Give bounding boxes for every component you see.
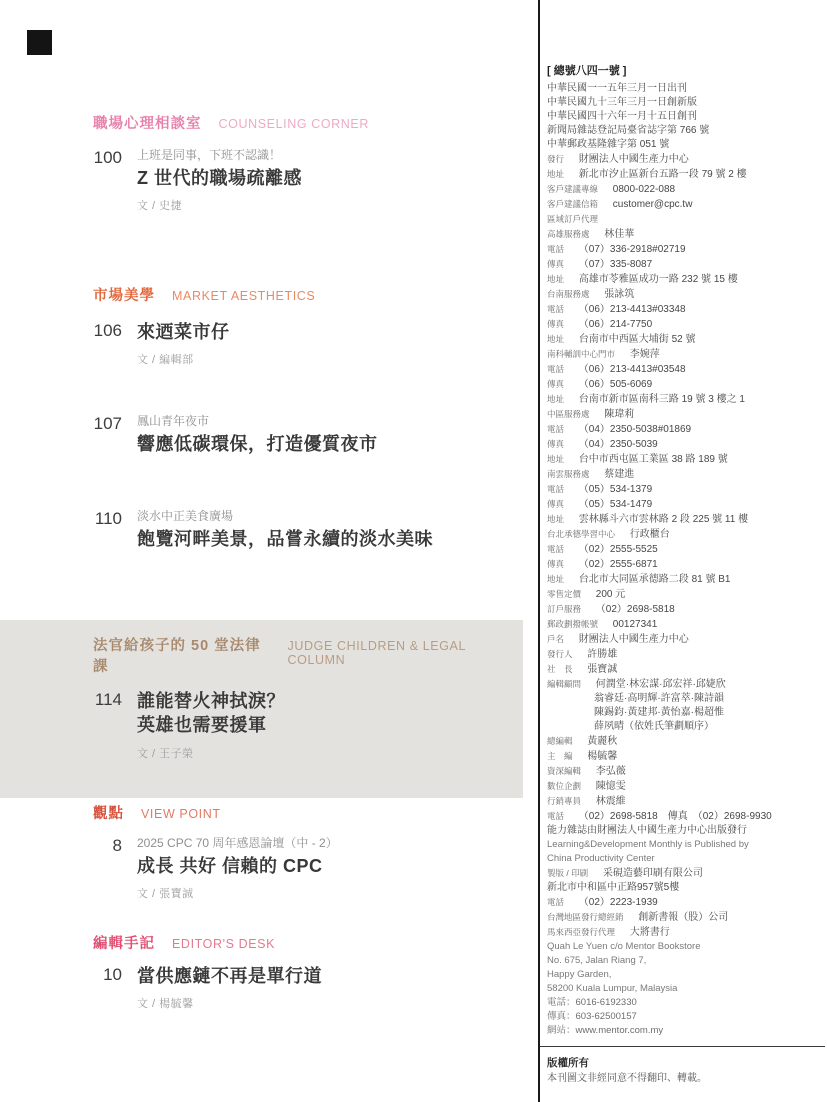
entry-kicker: 鳳山青年夜市 bbox=[137, 413, 378, 430]
colophon-line: 58200 Kuala Lumpur, Malaysia bbox=[547, 982, 815, 996]
entry-byline: 文 / 王子榮 bbox=[137, 745, 285, 761]
colophon-line: 客戶建議專線 0800-022-088 bbox=[547, 182, 815, 197]
colophon-label: 傳真 bbox=[547, 259, 564, 269]
colophon-label: 電話 bbox=[547, 304, 564, 314]
section-title-zh: 法官給孩子的 50 堂法律課 bbox=[93, 634, 271, 676]
colophon-value: China Productivity Center bbox=[547, 853, 655, 864]
colophon-value: 張寶誠 bbox=[587, 664, 617, 675]
colophon-label: 零售定價 bbox=[547, 589, 581, 599]
section-title-zh: 職場心理相談室 bbox=[93, 112, 202, 133]
colophon-value: 能力雜誌由財團法人中國生產力中心出版發行 bbox=[547, 825, 747, 836]
colophon-value: 電話：6016-6192330 bbox=[547, 997, 637, 1008]
colophon-line: [ 總號八四一號 ] bbox=[547, 64, 815, 79]
colophon-label: 訂戶服務 bbox=[547, 604, 581, 614]
colophon-value: 台南市中西區大埔街 52 號 bbox=[579, 334, 696, 345]
colophon-value: 翁睿廷·高明輝·許富萃·陳詩韻 bbox=[594, 693, 724, 704]
colophon-label: 數位企劃 bbox=[547, 781, 581, 791]
entry-title: 當供應鏈不再是單行道 bbox=[137, 964, 322, 988]
colophon-label: 南科輔訓中心門市 bbox=[547, 349, 615, 359]
colophon-value: （06）213-4413#03348 bbox=[579, 304, 686, 315]
colophon-label: 社 長 bbox=[547, 664, 573, 674]
colophon-value: 台中市西屯區工業區 38 路 189 號 bbox=[579, 454, 728, 465]
colophon-value: 林震維 bbox=[596, 796, 626, 807]
section-header: 觀點 VIEW POINT bbox=[75, 802, 520, 823]
colophon-value: 高雄市苓雅區成功一路 232 號 15 樓 bbox=[579, 274, 738, 285]
colophon-line: 電話 （07）336-2918#02719 bbox=[547, 242, 815, 257]
toc-entry: 8 2025 CPC 70 周年感恩論壇（中 - 2） 成長 共好 信賴的 CP… bbox=[75, 835, 520, 901]
colophon-line: 中華民國九十三年三月一日創新版 bbox=[547, 96, 815, 110]
colophon-value: 何潤堂·林宏謀·邱宏祥·邱婕欣 bbox=[596, 679, 726, 690]
colophon-line: 傳真 （05）534-1479 bbox=[547, 497, 815, 512]
colophon-value: 0800-022-088 bbox=[613, 184, 675, 195]
colophon-line: 電話 （06）213-4413#03348 bbox=[547, 302, 815, 317]
colophon-line: 總編輯 黃麗秋 bbox=[547, 734, 815, 749]
colophon-label: 編輯顧問 bbox=[547, 679, 581, 689]
colophon-line: No. 675, Jalan Riang 7, bbox=[547, 954, 815, 968]
colophon-value: 網站：www.mentor.com.my bbox=[547, 1025, 663, 1036]
colophon-line: 地址 台南市新市區南科三路 19 號 3 樓之 1 bbox=[547, 392, 815, 407]
colophon-value: 陳錫鈞·黃建邦·黃怡嘉·楊超惟 bbox=[594, 707, 724, 718]
colophon-value: 李婉萍 bbox=[630, 349, 660, 360]
colophon-line: 地址 台中市西屯區工業區 38 路 189 號 bbox=[547, 452, 815, 467]
entry-title: Z 世代的職場疏離感 bbox=[137, 166, 302, 190]
page-number: 107 bbox=[75, 413, 122, 456]
colophon-line: 中華民國四十六年一月十五日創刊 bbox=[547, 110, 815, 124]
colophon-label: 資深編輯 bbox=[547, 766, 581, 776]
colophon-value: 張詠筑 bbox=[604, 289, 634, 300]
colophon-line: 新聞局雜誌登記局臺省誌字第 766 號 bbox=[547, 124, 815, 138]
colophon-line: 電話 （02）2223-1939 bbox=[547, 895, 815, 910]
colophon-value: （07）336-2918#02719 bbox=[579, 244, 686, 255]
colophon-value: （02）2698-5818 傳真 （02）2698-9930 bbox=[579, 811, 772, 822]
colophon-label: 台灣地區發行總經銷 bbox=[547, 912, 624, 922]
colophon-line: Quah Le Yuen c/o Mentor Bookstore bbox=[547, 940, 815, 954]
entry-title-line2: 英雄也需要援軍 bbox=[137, 713, 285, 737]
colophon-label: 電話 bbox=[547, 544, 564, 554]
colophon-value: 中華郵政基隆雜字第 051 號 bbox=[547, 139, 669, 150]
entry-byline: 文 / 楊毓馨 bbox=[137, 995, 322, 1011]
colophon-value: No. 675, Jalan Riang 7, bbox=[547, 955, 646, 966]
colophon-value: Quah Le Yuen c/o Mentor Bookstore bbox=[547, 941, 701, 952]
colophon-label: 地址 bbox=[547, 334, 564, 344]
colophon-label: 台北承德學習中心 bbox=[547, 529, 615, 539]
entry-body: 誰能替火神拭淚？ 英雄也需要援軍 文 / 王子榮 bbox=[137, 689, 285, 761]
colophon-line: 訂戶服務 （02）2698-5818 bbox=[547, 602, 815, 617]
colophon-line: 電話 （02）2555-5525 bbox=[547, 542, 815, 557]
toc-entry: 107 鳳山青年夜市 響應低碳環保，打造優質夜市 bbox=[75, 413, 520, 456]
colophon-line: 社 長 張寶誠 bbox=[547, 662, 815, 677]
copyright-title: 版權所有 bbox=[547, 1056, 815, 1071]
page-number: 114 bbox=[75, 689, 122, 761]
colophon-value: 行政櫃台 bbox=[630, 529, 670, 540]
section-title-en: MARKET AESTHETICS bbox=[172, 289, 315, 303]
entry-kicker: 2025 CPC 70 周年感恩論壇（中 - 2） bbox=[137, 835, 338, 852]
entry-byline: 文 / 編輯部 bbox=[137, 351, 230, 367]
section-title-zh: 觀點 bbox=[93, 802, 124, 823]
colophon-line: 傳真 （07）335-8087 bbox=[547, 257, 815, 272]
colophon-line: 新北市中和區中正路957號5樓 bbox=[547, 881, 815, 895]
entry-body: 來迺菜市仔 文 / 編輯部 bbox=[137, 320, 230, 367]
colophon-line: 製版 / 印刷 采硯造藝印刷有限公司 bbox=[547, 866, 815, 881]
colophon-line: 高雄服務處 林佳華 bbox=[547, 227, 815, 242]
colophon-line: 傳真 （06）505-6069 bbox=[547, 377, 815, 392]
colophon-value: 李弘薇 bbox=[596, 766, 626, 777]
colophon-line: 數位企劃 陳憶雯 bbox=[547, 779, 815, 794]
colophon-value: 新聞局雜誌登記局臺省誌字第 766 號 bbox=[547, 125, 709, 136]
colophon-value: （04）2350-5038#01869 bbox=[579, 424, 691, 435]
colophon-line: 發行人 許勝雄 bbox=[547, 647, 815, 662]
section-view-point: 觀點 VIEW POINT 8 2025 CPC 70 周年感恩論壇（中 - 2… bbox=[75, 802, 520, 901]
colophon-label: 電話 bbox=[547, 424, 564, 434]
colophon-value: Learning&Development Monthly is Publishe… bbox=[547, 839, 749, 850]
colophon-line: 台南服務處 張詠筑 bbox=[547, 287, 815, 302]
colophon-line: 客戶建議信箱 customer@cpc.tw bbox=[547, 197, 815, 212]
toc-entry: 110 淡水中正美食廣場 飽覽河畔美景，品嘗永續的淡水美味 bbox=[75, 508, 520, 551]
colophon-line: 零售定價 200 元 bbox=[547, 587, 815, 602]
colophon-line: 行銷專員 林震維 bbox=[547, 794, 815, 809]
colophon-line: 主 編 楊毓馨 bbox=[547, 749, 815, 764]
entry-byline: 文 / 史捷 bbox=[137, 197, 302, 213]
colophon-value: （06）213-4413#03548 bbox=[579, 364, 686, 375]
entry-body: 2025 CPC 70 周年感恩論壇（中 - 2） 成長 共好 信賴的 CPC … bbox=[137, 835, 338, 901]
colophon-line: 電話 （06）213-4413#03548 bbox=[547, 362, 815, 377]
colophon-label: 行銷專員 bbox=[547, 796, 581, 806]
colophon-label: 發行 bbox=[547, 154, 564, 164]
colophon-value: 傳真：603-62500157 bbox=[547, 1011, 637, 1022]
colophon-line: 傳真 （04）2350-5039 bbox=[547, 437, 815, 452]
colophon-line: 地址 高雄市苓雅區成功一路 232 號 15 樓 bbox=[547, 272, 815, 287]
section-title-en: VIEW POINT bbox=[141, 807, 221, 821]
colophon-label: 台南服務處 bbox=[547, 289, 590, 299]
page-number: 110 bbox=[75, 508, 122, 551]
colophon-line: 電話 （05）534-1379 bbox=[547, 482, 815, 497]
colophon-value: 大將書行 bbox=[630, 927, 670, 938]
colophon-label: 製版 / 印刷 bbox=[547, 868, 588, 878]
colophon-label: 地址 bbox=[547, 574, 564, 584]
colophon-value: 創新書報（股）公司 bbox=[638, 912, 728, 923]
colophon-line: China Productivity Center bbox=[547, 852, 815, 866]
colophon-value: Happy Garden, bbox=[547, 969, 611, 980]
colophon-line: 南科輔訓中心門市 李婉萍 bbox=[547, 347, 815, 362]
colophon-line: 南雲服務處 蔡建進 bbox=[547, 467, 815, 482]
colophon-line: 台灣地區發行總經銷 創新書報（股）公司 bbox=[547, 910, 815, 925]
colophon-label: 傳真 bbox=[547, 439, 564, 449]
colophon-line: 傳真：603-62500157 bbox=[547, 1010, 815, 1024]
entry-body: 當供應鏈不再是單行道 文 / 楊毓馨 bbox=[137, 964, 322, 1011]
colophon-line: Happy Garden, bbox=[547, 968, 815, 982]
colophon-line: 傳真 （02）2555-6871 bbox=[547, 557, 815, 572]
colophon-value: （06）505-6069 bbox=[579, 379, 652, 390]
colophon-value: 台北市大同區承德路二段 81 號 B1 bbox=[579, 574, 731, 585]
section-editors-desk: 編輯手記 EDITOR'S DESK 10 當供應鏈不再是單行道 文 / 楊毓馨 bbox=[75, 932, 520, 1011]
colophon-line: 發行 財團法人中國生產力中心 bbox=[547, 152, 815, 167]
colophon-label: 地址 bbox=[547, 394, 564, 404]
colophon-value: （05）534-1479 bbox=[579, 499, 652, 510]
colophon-value: 58200 Kuala Lumpur, Malaysia bbox=[547, 983, 677, 994]
copyright-divider bbox=[540, 1046, 825, 1047]
colophon-label: 傳真 bbox=[547, 499, 564, 509]
vertical-divider bbox=[538, 0, 540, 1102]
magazine-toc-page: 職場心理相談室 COUNSELING CORNER 100 上班是同事，下班不認… bbox=[0, 0, 827, 1102]
colophon-value: 台南市新市區南科三路 19 號 3 樓之 1 bbox=[579, 394, 745, 405]
colophon-value: （04）2350-5039 bbox=[579, 439, 658, 450]
colophon-value: 中華民國九十三年三月一日創新版 bbox=[547, 97, 697, 108]
colophon-line: 電話 （04）2350-5038#01869 bbox=[547, 422, 815, 437]
colophon-label: 傳真 bbox=[547, 559, 564, 569]
colophon-label: 發行人 bbox=[547, 649, 573, 659]
colophon-label: 地址 bbox=[547, 454, 564, 464]
colophon-line: 馬來西亞發行代理 大將書行 bbox=[547, 925, 815, 940]
colophon-value: 林佳華 bbox=[604, 229, 634, 240]
colophon-line: 地址 新北市汐止區新台五路一段 79 號 2 樓 bbox=[547, 167, 815, 182]
colophon-label: 中區服務處 bbox=[547, 409, 590, 419]
colophon-label: 傳真 bbox=[547, 319, 564, 329]
colophon-label: 南雲服務處 bbox=[547, 469, 590, 479]
colophon-value: 蔡建進 bbox=[604, 469, 634, 480]
entry-title: 飽覽河畔美景，品嘗永續的淡水美味 bbox=[137, 527, 433, 551]
colophon-label: 地址 bbox=[547, 274, 564, 284]
page-number: 106 bbox=[75, 320, 122, 367]
toc-entry: 114 誰能替火神拭淚？ 英雄也需要援軍 文 / 王子榮 bbox=[75, 689, 520, 761]
colophon-label: 總編輯 bbox=[547, 736, 573, 746]
colophon-label: 客戶建議專線 bbox=[547, 184, 598, 194]
section-header: 編輯手記 EDITOR'S DESK bbox=[75, 932, 520, 953]
colophon-value: 楊毓馨 bbox=[587, 751, 617, 762]
colophon-line: 戶名 財團法人中國生產力中心 bbox=[547, 632, 815, 647]
colophon-line: 電話：6016-6192330 bbox=[547, 996, 815, 1010]
colophon-line: 地址 台南市中西區大埔街 52 號 bbox=[547, 332, 815, 347]
section-title-en: JUDGE CHILDREN & LEGAL COLUMN bbox=[288, 639, 520, 667]
entry-title: 響應低碳環保，打造優質夜市 bbox=[137, 432, 378, 456]
colophon-label: 區域訂戶代理 bbox=[547, 214, 598, 224]
colophon-line: 編輯顧問 何潤堂·林宏謀·邱宏祥·邱婕欣 bbox=[547, 677, 815, 692]
colophon-label: 地址 bbox=[547, 169, 564, 179]
colophon-value: （02）2698-5818 bbox=[596, 604, 675, 615]
colophon-value: （02）2555-5525 bbox=[579, 544, 658, 555]
section-title-en: EDITOR'S DESK bbox=[172, 937, 275, 951]
section-counseling-corner: 職場心理相談室 COUNSELING CORNER 100 上班是同事，下班不認… bbox=[75, 112, 520, 213]
colophon-label: 電話 bbox=[547, 244, 564, 254]
copyright-text: 本刊圖文非經同意不得翻印、轉載。 bbox=[547, 1071, 815, 1086]
colophon-value: 00127341 bbox=[613, 619, 658, 630]
colophon-label: 電話 bbox=[547, 811, 564, 821]
colophon-line: 薛夙晴（依姓氏筆劃順序） bbox=[547, 720, 815, 734]
page-number: 10 bbox=[75, 964, 122, 1011]
section-header: 職場心理相談室 COUNSELING CORNER bbox=[75, 112, 520, 133]
colophon-line: 資深編輯 李弘薇 bbox=[547, 764, 815, 779]
entry-byline: 文 / 張寶誠 bbox=[137, 885, 338, 901]
section-header: 市場美學 MARKET AESTHETICS bbox=[75, 284, 520, 305]
colophon-label: 電話 bbox=[547, 484, 564, 494]
colophon-value: 新北市中和區中正路957號5樓 bbox=[547, 882, 679, 893]
colophon-line: 地址 台北市大同區承德路二段 81 號 B1 bbox=[547, 572, 815, 587]
toc-entry: 106 來迺菜市仔 文 / 編輯部 bbox=[75, 320, 520, 367]
page-number: 100 bbox=[75, 147, 122, 213]
entry-kicker: 上班是同事，下班不認識！ bbox=[137, 147, 302, 164]
entry-body: 淡水中正美食廣場 飽覽河畔美景，品嘗永續的淡水美味 bbox=[137, 508, 433, 551]
colophon-label: 戶名 bbox=[547, 634, 564, 644]
colophon-line: 能力雜誌由財團法人中國生產力中心出版發行 bbox=[547, 824, 815, 838]
colophon-line: 中區服務處 陳瑋莉 bbox=[547, 407, 815, 422]
colophon-label: 電話 bbox=[547, 364, 564, 374]
colophon-label: 電話 bbox=[547, 897, 564, 907]
colophon-value: （06）214-7750 bbox=[579, 319, 652, 330]
section-title-zh: 編輯手記 bbox=[93, 932, 155, 953]
entry-body: 上班是同事，下班不認識！ Z 世代的職場疏離感 文 / 史捷 bbox=[137, 147, 302, 213]
colophon-line: 中華郵政基隆雜字第 051 號 bbox=[547, 138, 815, 152]
colophon-value: 陳瑋莉 bbox=[604, 409, 634, 420]
colophon-lines: [ 總號八四一號 ] 中華民國一一五年三月一日出刊 中華民國九十三年三月一日創新… bbox=[547, 64, 815, 1038]
colophon-line: 區域訂戶代理 bbox=[547, 212, 815, 227]
colophon-value: 陳憶雯 bbox=[596, 781, 626, 792]
colophon-label: 郵政劃撥帳號 bbox=[547, 619, 598, 629]
page-number: 8 bbox=[75, 835, 122, 901]
section-judge-legal-column: 法官給孩子的 50 堂法律課 JUDGE CHILDREN & LEGAL CO… bbox=[75, 634, 520, 761]
colophon-line: 台北承德學習中心 行政櫃台 bbox=[547, 527, 815, 542]
colophon-value: 中華民國一一五年三月一日出刊 bbox=[547, 83, 687, 94]
colophon-line: 網站：www.mentor.com.my bbox=[547, 1024, 815, 1038]
colophon-value: customer@cpc.tw bbox=[613, 199, 693, 210]
colophon-line: 郵政劃撥帳號 00127341 bbox=[547, 617, 815, 632]
colophon-label: 高雄服務處 bbox=[547, 229, 590, 239]
entry-title: 來迺菜市仔 bbox=[137, 320, 230, 344]
section-title-zh: 市場美學 bbox=[93, 284, 155, 305]
colophon-value: （07）335-8087 bbox=[579, 259, 652, 270]
colophon-line: 傳真 （06）214-7750 bbox=[547, 317, 815, 332]
colophon-value: 雲林縣斗六市雲林路 2 段 225 號 11 樓 bbox=[579, 514, 748, 525]
section-title-en: COUNSELING CORNER bbox=[219, 117, 370, 131]
colophon-label: 馬來西亞發行代理 bbox=[547, 927, 615, 937]
toc-entry: 100 上班是同事，下班不認識！ Z 世代的職場疏離感 文 / 史捷 bbox=[75, 147, 520, 213]
entry-title: 成長 共好 信賴的 CPC bbox=[137, 854, 338, 878]
entry-body: 鳳山青年夜市 響應低碳環保，打造優質夜市 bbox=[137, 413, 378, 456]
entry-title: 誰能替火神拭淚？ bbox=[137, 689, 285, 713]
colophon-line: 電話 （02）2698-5818 傳真 （02）2698-9930 bbox=[547, 809, 815, 824]
colophon-value: （02）2555-6871 bbox=[579, 559, 658, 570]
colophon-label: 地址 bbox=[547, 514, 564, 524]
colophon-label: 傳真 bbox=[547, 379, 564, 389]
colophon-line: Learning&Development Monthly is Publishe… bbox=[547, 838, 815, 852]
section-market-aesthetics: 市場美學 MARKET AESTHETICS 106 來迺菜市仔 文 / 編輯部… bbox=[75, 284, 520, 551]
colophon-line: 陳錫鈞·黃建邦·黃怡嘉·楊超惟 bbox=[547, 706, 815, 720]
corner-marker bbox=[27, 30, 52, 55]
colophon-value: 財團法人中國生產力中心 bbox=[579, 154, 689, 165]
colophon-value: 新北市汐止區新台五路一段 79 號 2 樓 bbox=[579, 169, 747, 180]
section-header: 法官給孩子的 50 堂法律課 JUDGE CHILDREN & LEGAL CO… bbox=[75, 634, 520, 676]
colophon-label: 客戶建議信箱 bbox=[547, 199, 598, 209]
colophon-value: [ 總號八四一號 ] bbox=[547, 65, 626, 77]
colophon-line: 地址 雲林縣斗六市雲林路 2 段 225 號 11 樓 bbox=[547, 512, 815, 527]
entry-kicker: 淡水中正美食廣場 bbox=[137, 508, 433, 525]
colophon-line: 翁睿廷·高明輝·許富萃·陳詩韻 bbox=[547, 692, 815, 706]
colophon-value: 財團法人中國生產力中心 bbox=[579, 634, 689, 645]
colophon-value: 200 元 bbox=[596, 589, 625, 600]
colophon-value: 采硯造藝印刷有限公司 bbox=[603, 868, 703, 879]
colophon: [ 總號八四一號 ] 中華民國一一五年三月一日出刊 中華民國九十三年三月一日創新… bbox=[547, 64, 815, 1086]
colophon-value: 薛夙晴（依姓氏筆劃順序） bbox=[594, 721, 714, 732]
colophon-value: （05）534-1379 bbox=[579, 484, 652, 495]
colophon-label: 主 編 bbox=[547, 751, 573, 761]
colophon-value: 許勝雄 bbox=[587, 649, 617, 660]
colophon-line: 中華民國一一五年三月一日出刊 bbox=[547, 82, 815, 96]
colophon-value: 黃麗秋 bbox=[587, 736, 617, 747]
colophon-value: 中華民國四十六年一月十五日創刊 bbox=[547, 111, 697, 122]
toc-entry: 10 當供應鏈不再是單行道 文 / 楊毓馨 bbox=[75, 964, 520, 1011]
colophon-value: （02）2223-1939 bbox=[579, 897, 658, 908]
